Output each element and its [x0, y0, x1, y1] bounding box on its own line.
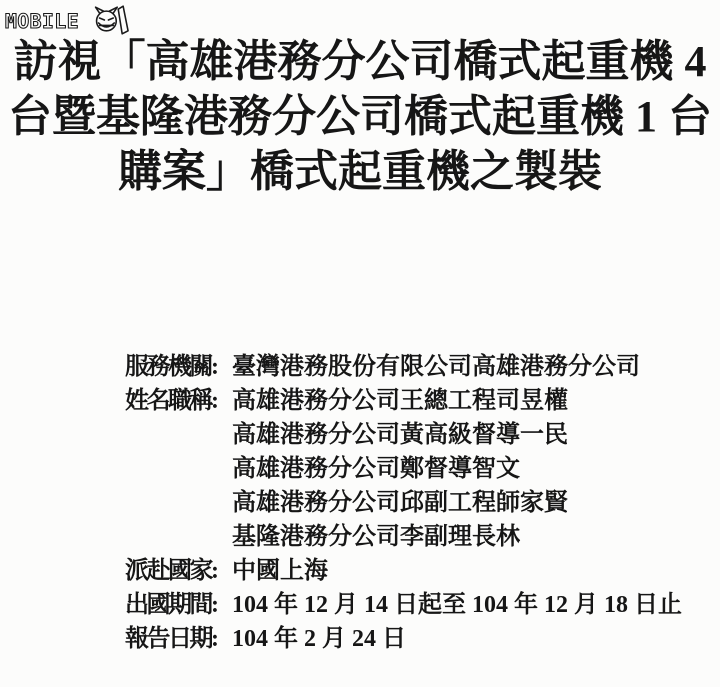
detail-value: 高雄港務分公司王總工程司昱權: [232, 384, 568, 418]
detail-value: 臺灣港務股份有限公司高雄港務分公司: [232, 350, 640, 384]
mobile01-logo-text: MOBILE: [5, 10, 79, 33]
detail-value: 高雄港務分公司黃高級督導一民: [232, 418, 568, 452]
detail-value: 高雄港務分公司鄭督導智文: [232, 452, 520, 486]
detail-row-service-agency: 服務機關: 臺灣港務股份有限公司高雄港務分公司: [125, 350, 682, 384]
numeral-one-glyph: [118, 6, 128, 34]
scanned-report-cover: MOBILE 訪視「高雄港務分公司橋式起重機 4 台暨基隆港務分公司橋式起重機 …: [0, 0, 720, 687]
detail-label: [125, 520, 232, 554]
devil-face-icon: [96, 7, 118, 31]
report-title-line-1: 訪視「高雄港務分公司橋式起重機 4: [0, 34, 720, 89]
detail-row-name-4: 高雄港務分公司邱副工程師家賢: [125, 486, 682, 520]
detail-label: 報告日期:: [125, 622, 232, 656]
detail-value: 104 年 12 月 14 日起至 104 年 12 月 18 日止: [232, 588, 682, 622]
detail-label: 派赴國家:: [125, 554, 232, 588]
detail-label: 姓名職稱:: [125, 384, 232, 418]
report-details: 服務機關: 臺灣港務股份有限公司高雄港務分公司 姓名職稱: 高雄港務分公司王總工…: [125, 350, 682, 656]
detail-label: 出國期間:: [125, 588, 232, 622]
detail-row-destination: 派赴國家: 中國上海: [125, 554, 682, 588]
detail-row-names-titles: 姓名職稱: 高雄港務分公司王總工程司昱權: [125, 384, 682, 418]
detail-row-name-5: 基隆港務分公司李副理長林: [125, 520, 682, 554]
detail-row-report-date: 報告日期: 104 年 2 月 24 日: [125, 622, 682, 656]
detail-value: 104 年 2 月 24 日: [232, 622, 406, 656]
detail-label: 服務機關:: [125, 350, 232, 384]
detail-label: [125, 486, 232, 520]
report-title: 訪視「高雄港務分公司橋式起重機 4 台暨基隆港務分公司橋式起重機 1 台 購案」…: [0, 34, 720, 199]
detail-value: 中國上海: [232, 554, 328, 588]
detail-row-name-3: 高雄港務分公司鄭督導智文: [125, 452, 682, 486]
detail-row-name-2: 高雄港務分公司黃高級督導一民: [125, 418, 682, 452]
detail-row-trip-period: 出國期間: 104 年 12 月 14 日起至 104 年 12 月 18 日止: [125, 588, 682, 622]
report-title-line-2: 台暨基隆港務分公司橋式起重機 1 台: [0, 89, 720, 144]
mobile01-watermark-logo: MOBILE: [4, 4, 132, 36]
detail-value: 基隆港務分公司李副理長林: [232, 520, 520, 554]
detail-label: [125, 418, 232, 452]
report-title-line-3: 購案」橋式起重機之製裝: [0, 144, 720, 199]
detail-value: 高雄港務分公司邱副工程師家賢: [232, 486, 568, 520]
detail-label: [125, 452, 232, 486]
